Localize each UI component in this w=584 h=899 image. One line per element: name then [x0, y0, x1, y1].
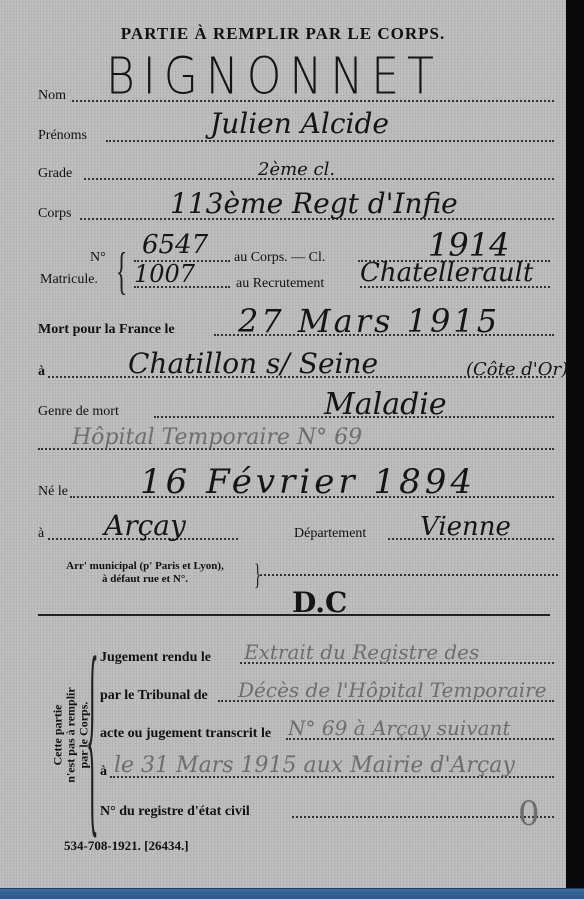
label-genre-mort: Genre de mort [38, 404, 119, 420]
label-au-corps: au Corps. — Cl. [234, 250, 325, 266]
value-genre-mort-extra: Hôpital Temporaire N° 69 [72, 425, 362, 450]
field-genre-mort: Genre de mort Maladie [38, 400, 562, 420]
value-transcrit: N° 69 à Arçay suivant [288, 716, 510, 740]
label-tribunal: par le Tribunal de [100, 688, 208, 704]
label-transcrit: acte ou jugement transcrit le [100, 726, 271, 742]
label-jugement-rendu: Jugement rendu le [100, 650, 211, 666]
label-mort: Mort pour la France le [38, 322, 175, 338]
form-code: 534-708-1921. [26434.] [64, 838, 189, 854]
viewer-bottom-bar [0, 888, 584, 899]
field-prenoms: Prénoms Julien Alcide [38, 124, 562, 144]
field-naissance: Né le 16 Février 1894 [38, 480, 562, 500]
value-departement: Vienne [420, 512, 511, 542]
value-lieu-mort-note: (Côte d'Or) [466, 359, 568, 380]
value-registre: 0 [518, 794, 540, 834]
value-lieu-naissance: Arçay [104, 509, 186, 542]
jugement-row: par le Tribunal de Décès de l'Hôpital Te… [100, 684, 562, 704]
value-tribunal: Décès de l'Hôpital Temporaire [238, 678, 547, 702]
value-genre-mort: Maladie [324, 387, 447, 422]
value-naissance: 16 Février 1894 [140, 462, 476, 502]
label-prenoms: Prénoms [38, 128, 87, 144]
label-matricule: Matricule. [40, 272, 98, 288]
death-record-card: PARTIE À REMPLIR PAR LE CORPS. Nom BIGNO… [0, 0, 566, 888]
field-genre-mort-extra: Hôpital Temporaire N° 69 [38, 432, 562, 452]
section-divider [38, 614, 550, 616]
label-arrondissement-line2: à défaut rue et N°. [38, 573, 252, 586]
jugement-row: N° du registre d'état civil 0 [100, 800, 562, 820]
value-nom: BIGNONNET [106, 47, 442, 106]
label-corps: Corps [38, 206, 71, 222]
value-lieu-mort: Chatillon s/ Seine [128, 347, 378, 380]
dotted-line [292, 816, 554, 818]
brace-icon: { [116, 242, 127, 302]
label-arrondissement-line1: Arr' municipal (p' Paris et Lyon), [38, 560, 252, 573]
label-no: N° [90, 250, 106, 266]
value-mort: 27 Mars 1915 [238, 302, 500, 340]
label-nom: Nom [38, 88, 66, 104]
jugement-row: acte ou jugement transcrit le N° 69 à Ar… [100, 722, 562, 742]
value-jugement-rendu: Extrait du Registre des [244, 640, 479, 664]
field-mort: Mort pour la France le 27 Mars 1915 [38, 318, 562, 338]
value-grade: 2ème cl. [258, 159, 335, 180]
label-transcrit-a: à [100, 764, 107, 780]
scan-border [566, 0, 584, 888]
field-nom: Nom BIGNONNET [38, 84, 562, 104]
value-transcrit-a: le 31 Mars 1915 aux Mairie d'Arçay [114, 753, 515, 778]
label-naissance: Né le [38, 484, 68, 500]
field-lieu-mort: à Chatillon s/ Seine (Côte d'Or) [38, 360, 562, 380]
value-recrutement-place: Chatellerault [360, 258, 533, 288]
label-departement: Département [294, 526, 366, 542]
field-lieu-naissance: à Arçay Département Vienne [38, 522, 562, 542]
jugement-row: à le 31 Mars 1915 aux Mairie d'Arçay [100, 760, 562, 780]
field-grade: Grade 2ème cl. [38, 162, 562, 182]
brace-icon: { [86, 624, 99, 844]
label-registre: N° du registre d'état civil [100, 804, 250, 820]
field-corps: Corps 113ème Regt d'Infie [38, 202, 562, 222]
jugement-row: Jugement rendu le Extrait du Registre de… [100, 646, 562, 666]
value-au-corps: 6547 [142, 230, 208, 260]
dotted-line [106, 140, 554, 142]
field-matricule: N° Matricule. { 6547 au Corps. — Cl. 191… [38, 244, 566, 310]
section-title: PARTIE À REMPLIR PAR LE CORPS. [0, 24, 566, 44]
label-lieu-mort: à [38, 364, 45, 380]
label-lieu-naissance: à [38, 526, 44, 542]
value-recrutement: 1007 [134, 260, 195, 288]
dotted-line [260, 574, 558, 576]
label-recrutement: au Recrutement [236, 276, 324, 292]
label-grade: Grade [38, 166, 72, 182]
value-corps: 113ème Regt d'Infie [170, 187, 458, 220]
value-prenoms: Julien Alcide [210, 107, 389, 140]
